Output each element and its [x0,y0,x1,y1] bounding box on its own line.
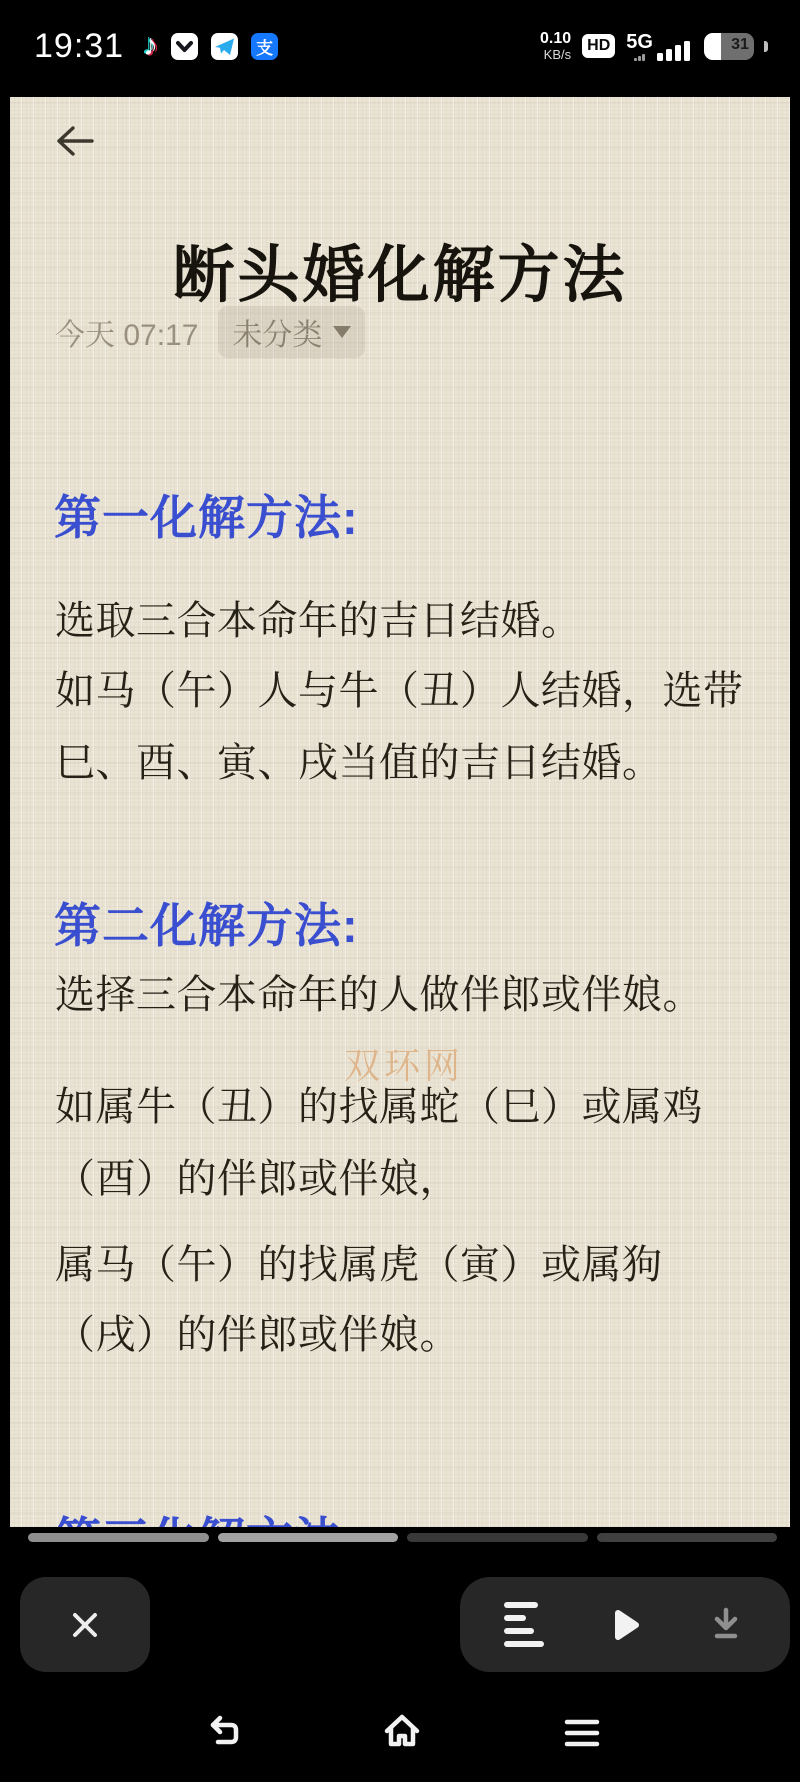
battery-percent: 31 [731,36,749,54]
progress-segment[interactable] [218,1533,399,1542]
category-dropdown[interactable]: 未分类 [218,306,365,358]
clock-time: 19:31 [34,27,124,66]
battery-icon: 31 [704,33,754,60]
nav-back-button[interactable] [196,1705,252,1761]
network-type-block: 5G [626,32,653,61]
battery-nub [764,41,768,52]
section-heading-2: 第二化解方法: [54,889,359,956]
body-line: （酉）的伴郎或伴娘， [55,1147,460,1204]
network-speed-unit: KB/s [544,48,571,62]
hd-badge: HD [582,34,615,58]
body-line: （戌）的伴郎或伴娘。 [55,1303,460,1360]
signal-indicator: 5G [626,32,690,61]
nav-menu-button[interactable] [554,1705,610,1761]
back-arrow-icon [48,115,100,167]
network-type-label: 5G [626,32,653,52]
battery-fill [704,33,721,60]
body-line: 选取三合本命年的吉日结婚。 [55,589,582,646]
caret-down-icon [333,326,351,338]
download-icon [703,1602,749,1648]
network-speed: 0.10 KB/s [540,31,571,61]
text-lines-icon [500,1599,548,1651]
close-icon [63,1603,107,1647]
body-line: 属马（午）的找属虎（寅）或属狗 [55,1233,663,1290]
close-button[interactable] [20,1577,150,1672]
telegram-icon [211,33,238,60]
status-bar-right: 0.10 KB/s HD 5G 31 [540,22,768,70]
body-line: 如马（午）人与牛（丑）人结婚，选带 [55,659,744,716]
play-icon [602,1602,648,1648]
text-panel-button[interactable] [489,1585,559,1665]
nav-back-icon [200,1709,248,1757]
signal-bars-icon [657,41,690,61]
nav-home-button[interactable] [374,1705,430,1761]
download-button[interactable] [691,1585,761,1665]
note-meta: 今天 07:17 未分类 [55,306,365,358]
category-label: 未分类 [232,310,322,354]
tts-player-bar [460,1577,790,1672]
body-line: 选择三合本命年的人做伴郎或伴娘。 [55,963,703,1020]
play-button[interactable] [590,1585,660,1665]
page-title: 断头婚化解方法 [10,225,790,314]
section-heading-1: 第一化解方法: [54,481,359,548]
note-timestamp: 今天 07:17 [55,310,198,354]
nav-home-icon [378,1709,426,1757]
alipay-glyph: 支 [256,34,273,59]
progress-segment[interactable] [407,1533,588,1542]
network-speed-value: 0.10 [540,31,571,48]
back-button[interactable] [46,113,102,169]
reading-progress-bar[interactable] [28,1533,777,1542]
note-page: 断头婚化解方法 今天 07:17 未分类 第一化解方法: 选取三合本命年的吉日结… [10,97,790,1527]
status-bar-left: 19:31 ♪ 支 [34,22,278,70]
sim2-signal-icon [634,54,645,61]
alipay-icon: 支 [251,33,278,60]
status-bar: 19:31 ♪ 支 0.10 KB/s HD 5G [0,0,800,97]
section-heading-3-clipped: 第三化解方法: [54,1503,359,1527]
body-line: 巳、酉、寅、戌当值的吉日结婚。 [55,731,663,788]
progress-segment[interactable] [597,1533,778,1542]
bottom-overlay [0,1527,800,1782]
progress-segment[interactable] [28,1533,209,1542]
chevron-badge-icon [171,33,198,60]
nav-menu-icon [558,1709,606,1757]
tiktok-icon: ♪ [143,29,158,63]
site-watermark: 双环网 [344,1038,464,1089]
